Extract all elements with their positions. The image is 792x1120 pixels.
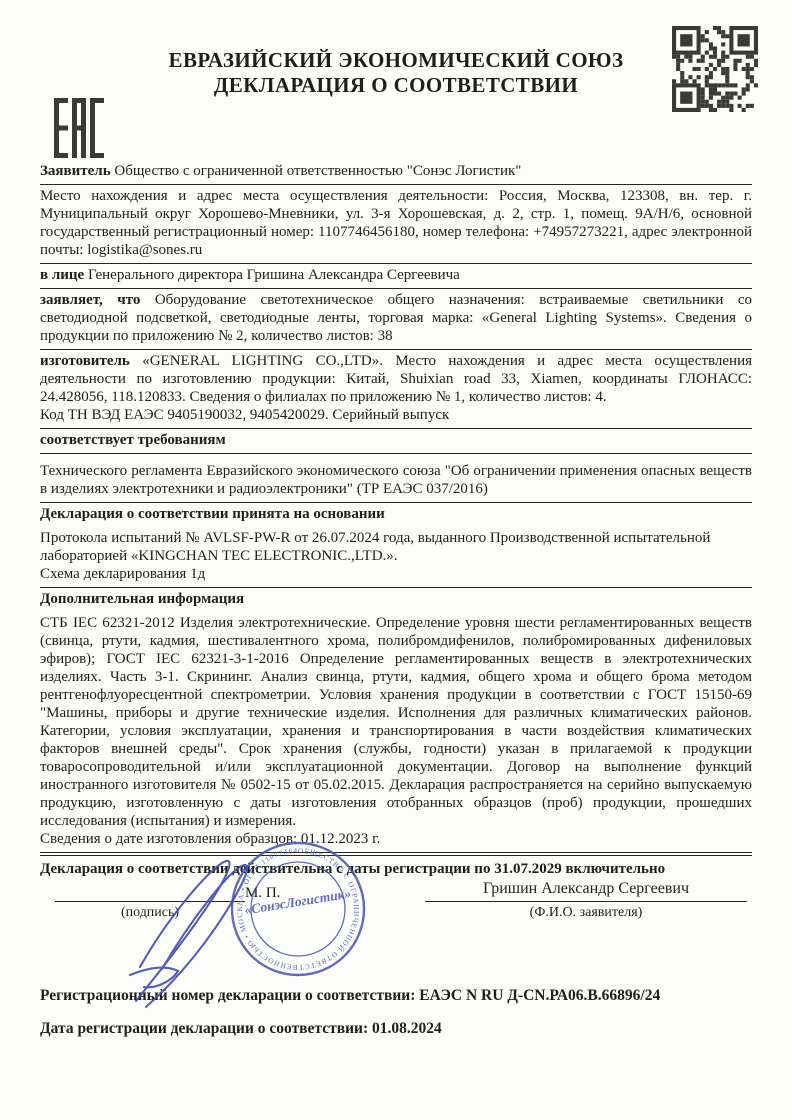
registration-date-value: 01.08.2024 — [372, 1020, 442, 1037]
name-line — [425, 901, 747, 902]
name-caption: (Ф.И.О. заявителя) — [425, 905, 747, 921]
declares-label: заявляет, что — [40, 292, 140, 308]
qr-code-icon — [672, 26, 758, 112]
manufacturer-row: изготовитель «GENERAL LIGHTING CO.,LTD».… — [40, 350, 752, 429]
signature-caption: (подпись) — [80, 905, 220, 921]
document-header: ЕВРАЗИЙСКИЙ ЭКОНОМИЧЕСКИЙ СОЮЗ ДЕКЛАРАЦИ… — [40, 20, 752, 160]
in-person-label: в лице — [40, 267, 84, 283]
additional-text: СТБ IEC 62321-2012 Изделия электротехнич… — [40, 614, 752, 830]
basis-heading: Декларация о соответствии принята на осн… — [40, 503, 752, 527]
seal-place-mark: М. П. — [245, 885, 280, 902]
in-person-row: в лице Генерального директора Гришина Ал… — [40, 264, 752, 289]
declares-row: заявляет, что Оборудование светотехничес… — [40, 289, 752, 350]
registration-number-row: Регистрационный номер декларации о соотв… — [40, 986, 752, 1006]
basis-row: Протокола испытаний № AVLSF-PW-R от 26.0… — [40, 527, 752, 588]
applicant-row: Заявитель Общество с ограниченной ответс… — [40, 160, 752, 185]
complies-heading: соответствует требованиям — [40, 429, 752, 454]
in-person-value: Генерального директора Гришина Александр… — [88, 267, 460, 283]
validity-statement: Декларация о соответствии действительна … — [40, 855, 752, 881]
registration-date-label: Дата регистрации декларации о соответств… — [40, 1020, 368, 1037]
complies-row: Технического регламента Евразийского эко… — [40, 454, 752, 503]
signature-line — [55, 901, 245, 902]
additional-heading: Дополнительная информация — [40, 588, 752, 612]
registration-number-value: ЕАЭС N RU Д-CN.РА06.В.66896/24 — [419, 987, 660, 1004]
additional-row: СТБ IEC 62321-2012 Изделия электротехнич… — [40, 612, 752, 853]
declaration-document: ЕВРАЗИЙСКИЙ ЭКОНОМИЧЕСКИЙ СОЮЗ ДЕКЛАРАЦИ… — [0, 0, 792, 1120]
address-text: Место нахождения и адрес места осуществл… — [40, 188, 752, 258]
complies-text: Технического регламента Евразийского эко… — [40, 463, 752, 497]
union-title: ЕВРАЗИЙСКИЙ ЭКОНОМИЧЕСКИЙ СОЮЗ — [40, 48, 752, 73]
manufacturer-label: изготовитель — [40, 353, 130, 369]
signature-area: (подпись) М. П. Гришин Александр Сергеев… — [40, 885, 752, 973]
manufacturer-text: «GENERAL LIGHTING CO.,LTD». Место нахожд… — [40, 353, 752, 405]
applicant-value: Общество с ограниченной ответственностью… — [114, 163, 521, 179]
basis-text: Протокола испытаний № AVLSF-PW-R от 26.0… — [40, 529, 752, 565]
scheme-line: Схема декларирования 1д — [40, 565, 752, 583]
registration-number-label: Регистрационный номер декларации о соотв… — [40, 987, 415, 1004]
applicant-label: Заявитель — [40, 163, 111, 179]
applicant-name: Гришин Александр Сергеевич — [425, 880, 747, 898]
registration-date-row: Дата регистрации декларации о соответств… — [40, 1019, 752, 1039]
document-title: ДЕКЛАРАЦИЯ О СООТВЕТСТВИИ — [40, 73, 752, 98]
tnved-code-line: Код ТН ВЭД ЕАЭС 9405190032, 9405420029. … — [40, 406, 752, 424]
address-row: Место нахождения и адрес места осуществл… — [40, 185, 752, 264]
samples-date-line: Сведения о дате изготовления образцов: 0… — [40, 830, 752, 848]
eac-logo-icon — [54, 98, 104, 163]
declares-text: Оборудование светотехническое общего наз… — [40, 292, 752, 344]
